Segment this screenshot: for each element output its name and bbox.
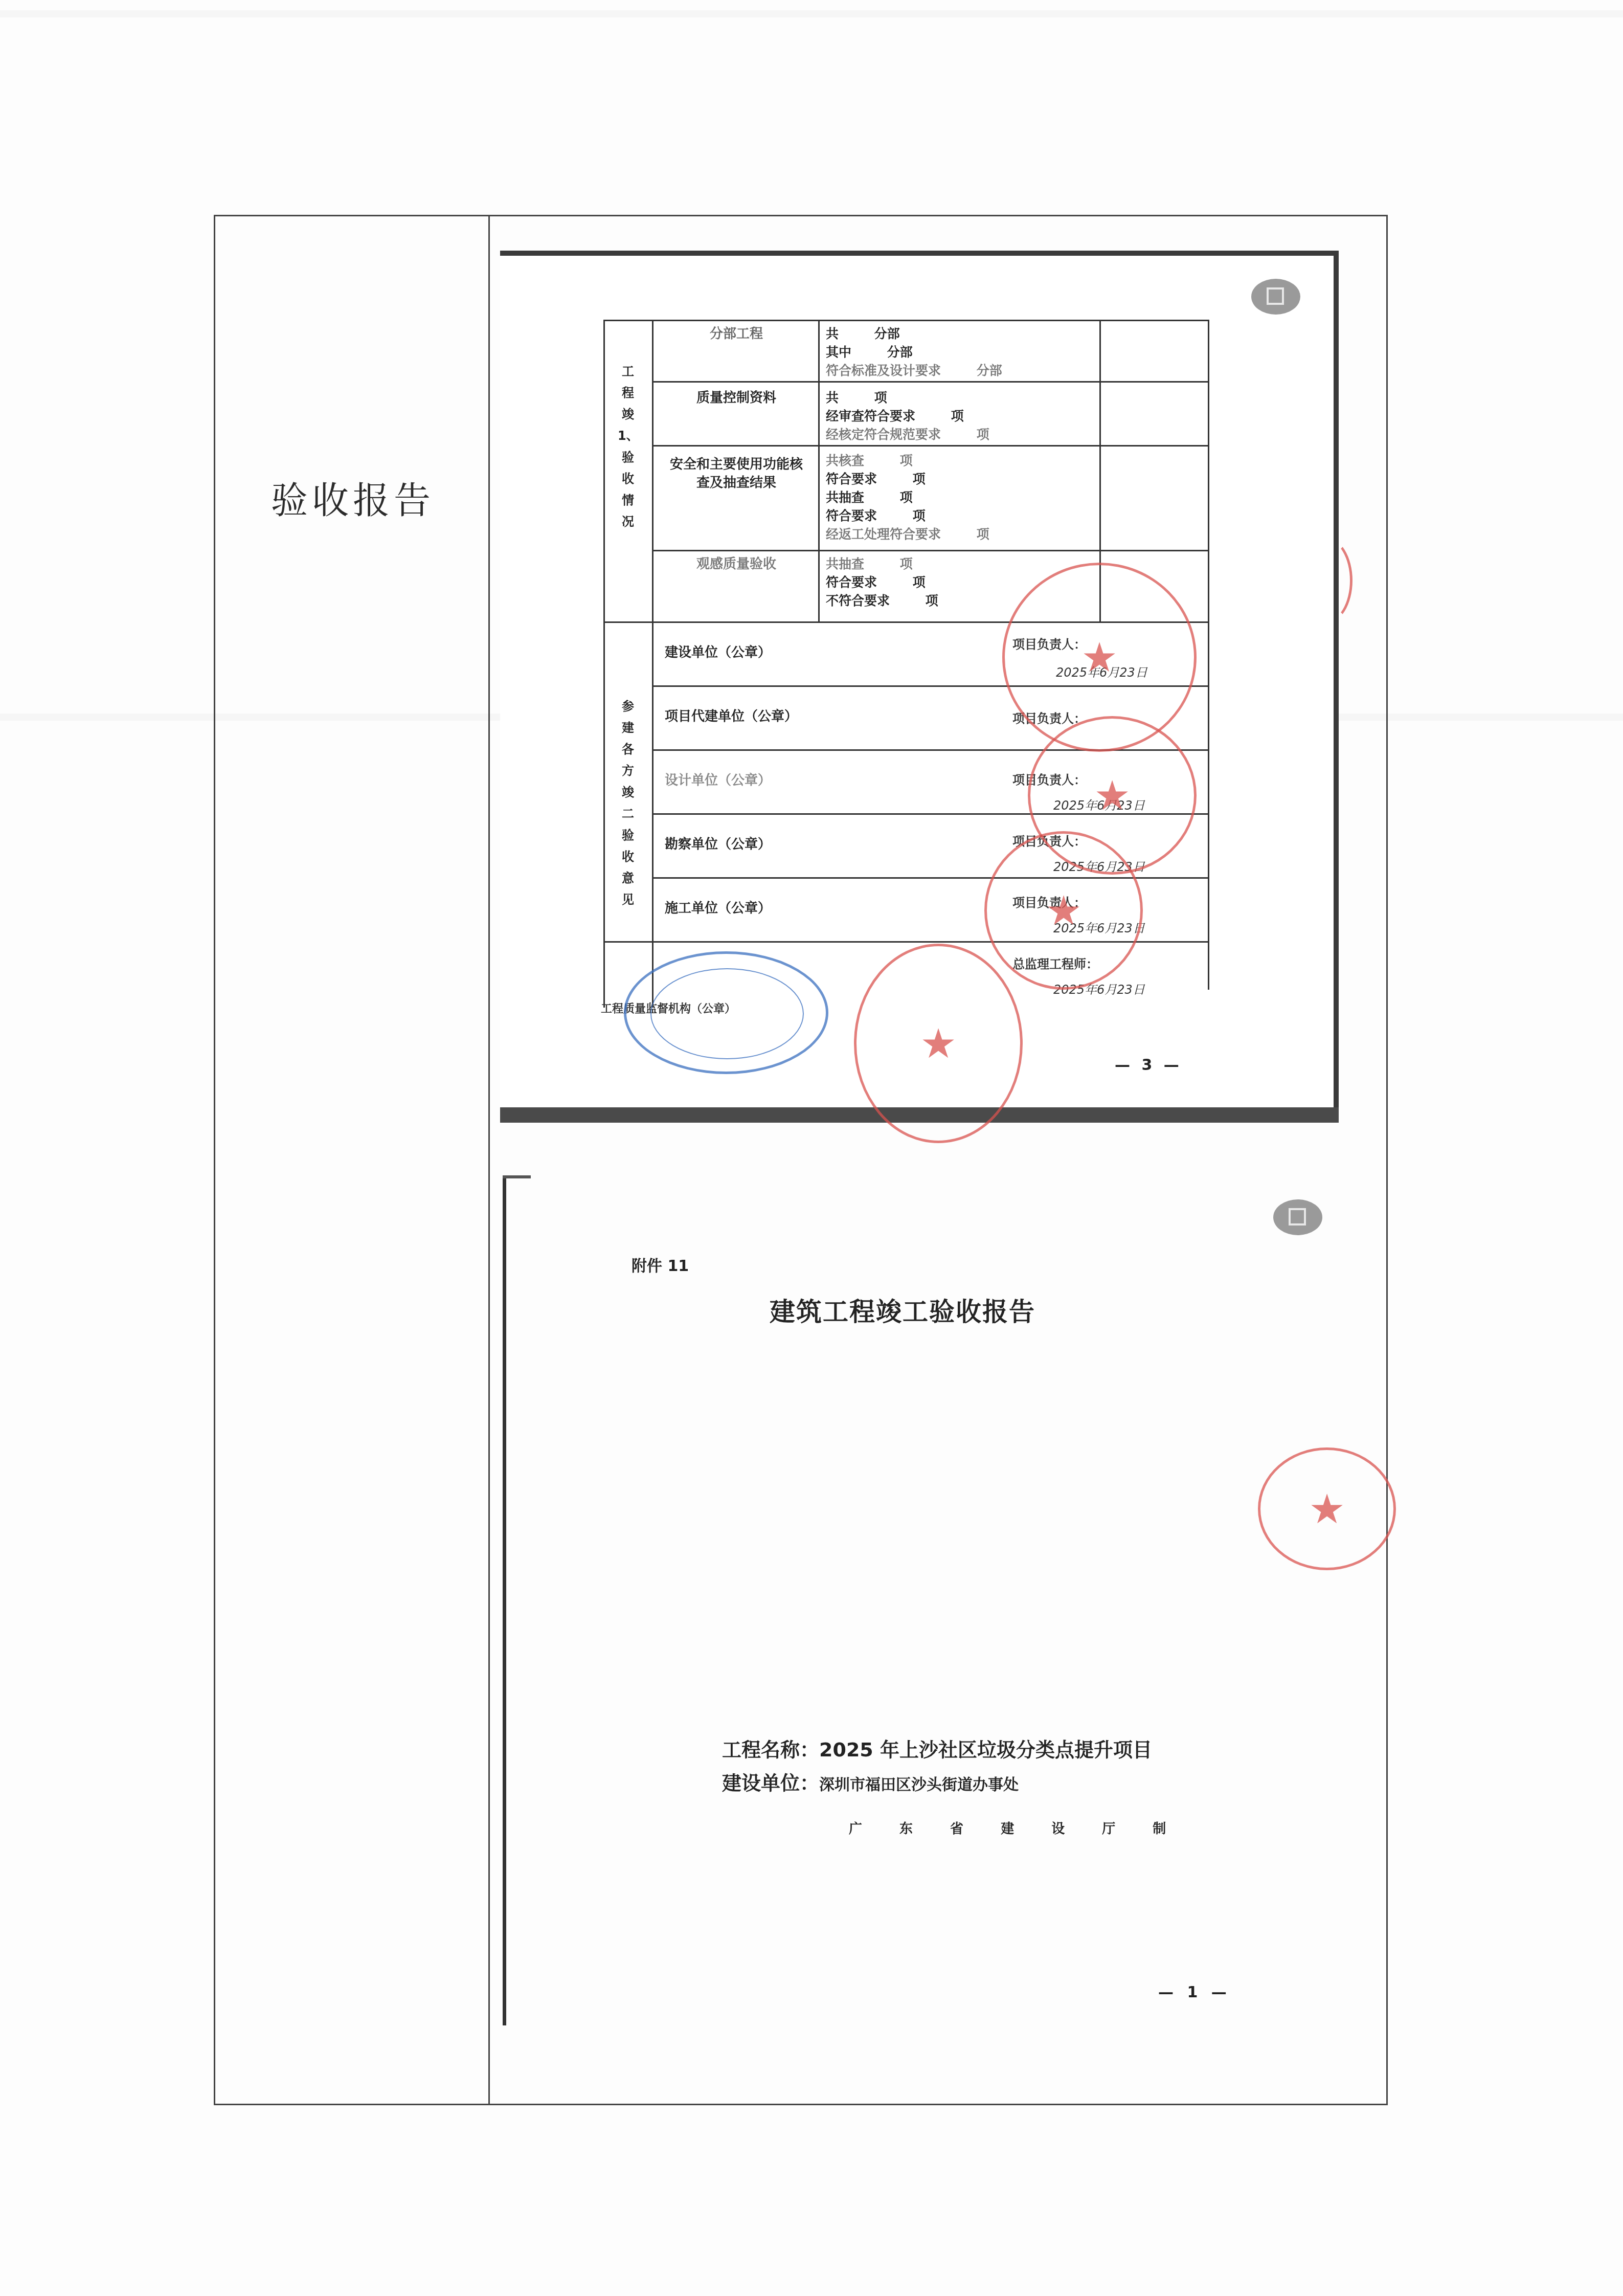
row-values-safety-check: 共核查 项 符合要求 项 共抽查 项 符合要求 项 经返工处理符合要求 项	[826, 452, 989, 544]
unit-builder: 建设单位（公章）	[665, 642, 771, 661]
scan-border-top	[500, 251, 1339, 256]
row-title-quality-docs: 质量控制资料	[660, 389, 813, 407]
attachment-label: 附件 11	[632, 1253, 689, 1276]
image-placeholder-icon	[1251, 279, 1300, 315]
page-number: — 3 —	[1115, 1056, 1182, 1074]
unit-designer: 设计单位（公章）	[665, 770, 771, 789]
scan-border-left	[503, 1176, 506, 2025]
outer-frame-divider	[488, 215, 490, 2105]
section-1-side-label: 工 程 竣 1、 验 收 情 况	[618, 361, 638, 532]
official-seal-stamp-partial	[1299, 537, 1352, 624]
unit-agent-builder: 项目代建单位（公章）	[665, 706, 798, 725]
official-seal-stamp: ★	[854, 944, 1023, 1143]
project-name-row: 工程名称：2025 年上沙社区垃圾分类点提升项目	[722, 1734, 1152, 1762]
builder-label: 建设单位：	[722, 1772, 819, 1794]
unit-contractor: 施工单位（公章）	[665, 898, 771, 917]
issuer-label: 广 东 省 建 设 厅 制	[849, 1818, 1176, 1837]
row-values-appearance: 共抽查 项 符合要求 项 不符合要求 项	[826, 555, 938, 610]
page-number: — 1 —	[1158, 1983, 1231, 2001]
scan-border-tick	[503, 1175, 531, 1178]
project-name-label: 工程名称：	[722, 1738, 819, 1761]
builder-row: 建设单位：深圳市福田区沙头街道办事处	[722, 1767, 1019, 1795]
unit-surveyor: 勘察单位（公章）	[665, 834, 771, 853]
row-title-appearance: 观感质量验收	[660, 555, 813, 573]
scan-artifact-band	[0, 10, 1623, 17]
row-values-subdivisions: 共 分部 其中 分部 符合标准及设计要求 分部	[826, 325, 1002, 380]
row-label: 验收报告	[271, 471, 435, 524]
section-2-side-label: 参 建 各 方 竣 二 验 收 意 见	[618, 696, 638, 910]
official-seal-stamp	[624, 951, 828, 1074]
image-placeholder-icon	[1273, 1199, 1322, 1235]
builder-value: 深圳市福田区沙头街道办事处	[819, 1776, 1019, 1794]
row-title-safety-check: 安全和主要使用功能核查及抽查结果	[665, 455, 808, 492]
official-seal-stamp: ★	[984, 831, 1143, 990]
scan-border-right	[1334, 251, 1339, 1120]
project-name-value: 2025 年上沙社区垃圾分类点提升项目	[819, 1738, 1152, 1761]
row-values-quality-docs: 共 项 经审查符合要求 项 经核定符合规范要求 项	[826, 389, 989, 444]
report-title: 建筑工程竣工验收报告	[770, 1291, 1035, 1328]
official-seal-stamp: ★	[1258, 1447, 1396, 1570]
row-title-subdivisions: 分部工程	[660, 325, 813, 343]
